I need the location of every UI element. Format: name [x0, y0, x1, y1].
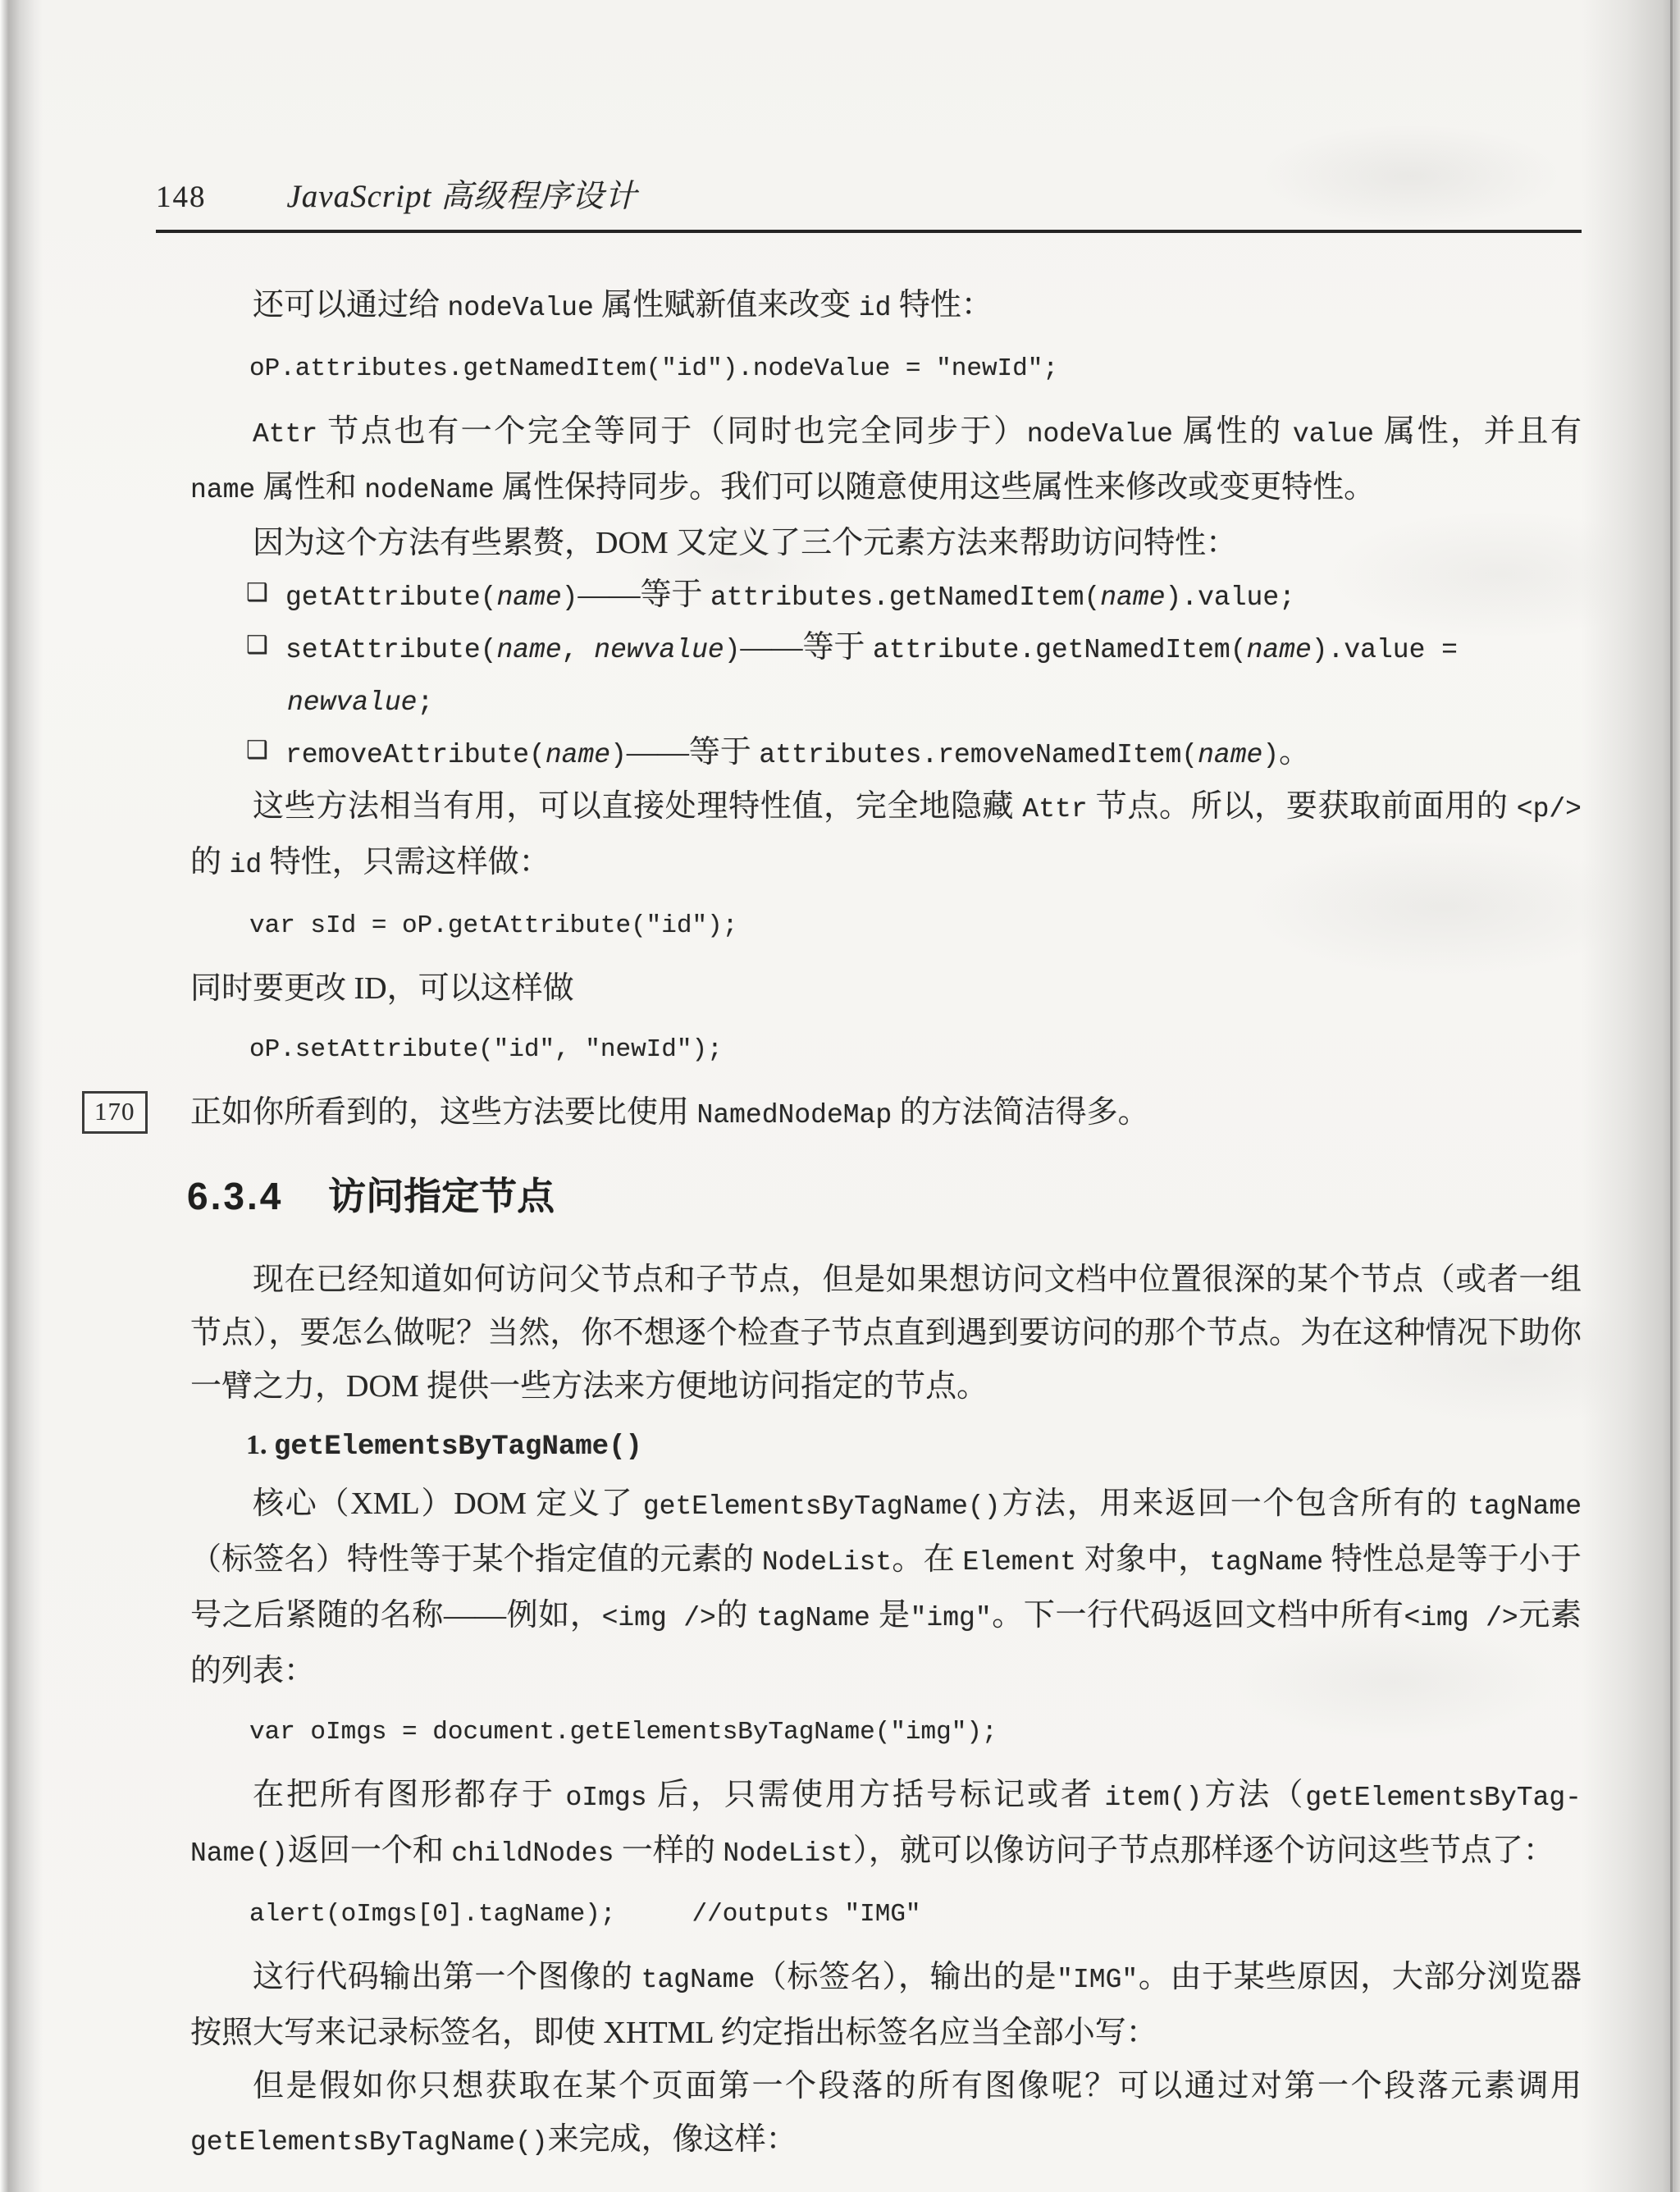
code-block-setattribute: oP.setAttribute("id", "newId");: [249, 1032, 1582, 1068]
list-item-continuation: newvalue;: [287, 675, 1582, 728]
subsection-heading-getelementsbytagname: 1. getElementsByTagName(): [246, 1425, 1582, 1468]
square-bullet-icon: ❑: [246, 726, 268, 775]
list-item-setattribute: ❑ setAttribute(name, newvalue)——等于 attri…: [246, 623, 1582, 728]
paragraph-core-xml-dom: 核心（XML）DOM 定义了 getElementsByTagName()方法，…: [190, 1477, 1582, 1698]
square-bullet-icon: ❑: [246, 621, 268, 670]
code-block-getelementsbytagname: var oImgs = document.getElementsByTagNam…: [249, 1715, 1582, 1751]
page-margin-marker: 170: [82, 1091, 148, 1134]
paragraph-access-specific-nodes: 现在已经知道如何访问父节点和子节点，但是如果想访问文档中位置很深的某个节点（或者…: [190, 1254, 1582, 1413]
list-item-removeattribute: ❑ removeAttribute(name)——等于 attributes.r…: [246, 728, 1582, 780]
square-bullet-icon: ❑: [246, 569, 268, 618]
section-number: 6.3.4: [187, 1175, 283, 1217]
paragraph-oimgs-access: 在把所有图形都存于 oImgs 后，只需使用方括号标记或者 item()方法（g…: [190, 1769, 1582, 1880]
paragraph-intro-nodevalue: 还可以通过给 nodeValue 属性赋新值来改变 id 特性：: [190, 279, 1582, 335]
paragraph-change-id: 同时要更改 ID，可以这样做: [190, 962, 1582, 1016]
code-block-getnameditem: oP.attributes.getNamedItem("id").nodeVal…: [249, 351, 1582, 387]
list-item-text: setAttribute(name, newvalue)——等于 attribu…: [285, 630, 1458, 664]
paragraph-namednodemap: 170 正如你所看到的，这些方法要比使用 NamedNodeMap 的方法简洁得…: [190, 1086, 1582, 1142]
list-item-text: removeAttribute(name)——等于 attributes.rem…: [285, 735, 1310, 769]
running-header: 148 JavaScript 高级程序设计: [156, 171, 1582, 233]
scanned-book-page: 148 JavaScript 高级程序设计 还可以通过给 nodeValue 属…: [0, 0, 1680, 2192]
list-item-getattribute: ❑ getAttribute(name)——等于 attributes.getN…: [246, 570, 1582, 623]
code-block-alert-tagname: alert(oImgs[0].tagName); //outputs "IMG": [249, 1897, 1582, 1933]
paragraph-attr-node: Attr 节点也有一个完全等同于（同时也完全同步于）nodeValue 属性的 …: [190, 405, 1582, 517]
section-heading-6-3-4: 6.3.4 访问指定节点: [187, 1171, 1582, 1221]
page-content: 148 JavaScript 高级程序设计 还可以通过给 nodeValue 属…: [0, 0, 1680, 2169]
paragraph-first-paragraph-images: 但是假如你只想获取在某个页面第一个段落的所有图像呢？可以通过对第一个段落元素调用…: [190, 2060, 1582, 2169]
book-title: JavaScript 高级程序设计: [287, 171, 638, 217]
paragraph-methods-useful: 这些方法相当有用，可以直接处理特性值，完全地隐藏 Attr 节点。所以，要获取前…: [190, 780, 1582, 892]
page-number: 148: [156, 180, 207, 215]
code-block-getattribute: var sId = oP.getAttribute("id");: [249, 908, 1582, 944]
list-item-text: getAttribute(name)——等于 attributes.getNam…: [285, 578, 1295, 612]
paragraph-dom-three-methods: 因为这个方法有些累赘，DOM 又定义了三个元素方法来帮助访问特性：: [190, 517, 1582, 570]
paragraph-tagname-uppercase: 这行代码输出第一个图像的 tagName（标签名），输出的是"IMG"。由于某些…: [190, 1951, 1582, 2060]
paragraph-text: 正如你所看到的，这些方法要比使用 NamedNodeMap 的方法简洁得多。: [190, 1095, 1149, 1130]
method-bullet-list: ❑ getAttribute(name)——等于 attributes.getN…: [246, 570, 1582, 780]
section-title: 访问指定节点: [328, 1175, 555, 1217]
